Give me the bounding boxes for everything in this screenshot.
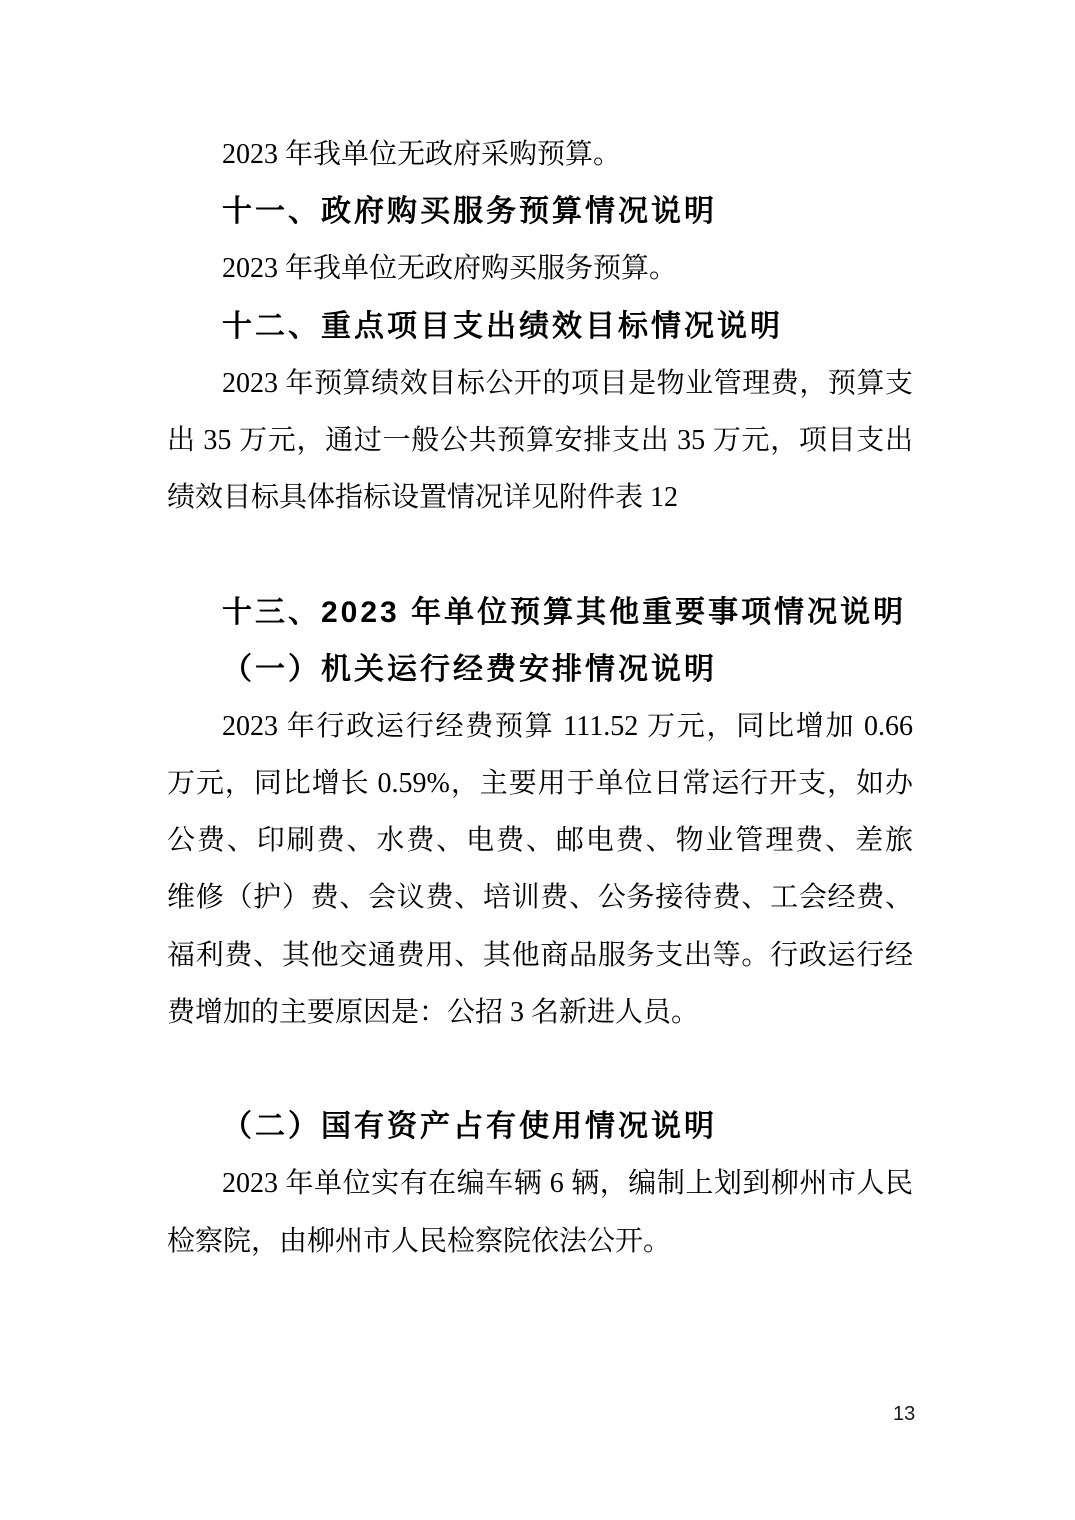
blank-line: [167, 526, 913, 583]
document-line: 绩效目标具体指标设置情况详见附件表 12: [167, 469, 913, 526]
document-line: 2023 年我单位无政府购买服务预算。: [167, 240, 913, 297]
document-line: 2023 年预算绩效目标公开的项目是物业管理费，预算支: [167, 355, 913, 412]
document-line: 出 35 万元，通过一般公共预算安排支出 35 万元，项目支出: [167, 412, 913, 469]
section-heading: 十一、政府购买服务预算情况说明: [167, 183, 913, 240]
page-number: 13: [893, 1399, 915, 1429]
document-line: 2023 年我单位无政府采购预算。: [167, 126, 913, 183]
document-body: 2023 年我单位无政府采购预算。十一、政府购买服务预算情况说明2023 年我单…: [167, 126, 913, 1270]
document-line: 2023 年单位实有在编车辆 6 辆，编制上划到柳州市人民: [167, 1155, 913, 1212]
document-line: 费增加的主要原因是：公招 3 名新进人员。: [167, 984, 913, 1041]
document-line: 检察院，由柳州市人民检察院依法公开。: [167, 1213, 913, 1270]
section-heading: 十二、重点项目支出绩效目标情况说明: [167, 298, 913, 355]
document-line: 维修（护）费、会议费、培训费、公务接待费、工会经费、: [167, 869, 913, 926]
document-line: 2023 年行政运行经费预算 111.52 万元，同比增加 0.66: [167, 698, 913, 755]
document-line: 公费、印刷费、水费、电费、邮电费、物业管理费、差旅费、: [167, 812, 913, 869]
blank-line: [167, 1041, 913, 1098]
document-line: 福利费、其他交通费用、其他商品服务支出等。行政运行经: [167, 927, 913, 984]
document-page: 2023 年我单位无政府采购预算。十一、政府购买服务预算情况说明2023 年我单…: [0, 0, 1075, 1520]
section-heading: （二）国有资产占有使用情况说明: [167, 1098, 913, 1155]
document-line: 万元，同比增长 0.59%，主要用于单位日常运行开支，如办: [167, 755, 913, 812]
section-heading: （一）机关运行经费安排情况说明: [167, 641, 913, 698]
section-heading: 十三、2023 年单位预算其他重要事项情况说明: [167, 584, 913, 641]
